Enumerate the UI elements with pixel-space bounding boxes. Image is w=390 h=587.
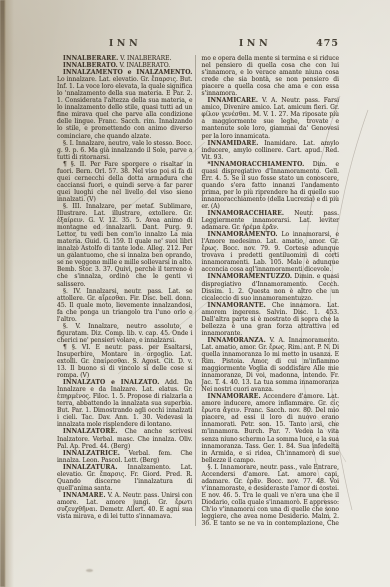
dictionary-entry: INNAMICARE. V. A. Neutr. pass. Farsi ami… — [202, 97, 340, 139]
text-block: INNALBERARE. V. INALBERARE. INNALBERATO.… — [57, 55, 339, 526]
entry-text: §. I. Innalzare, neutro, vale lo stesso.… — [57, 140, 193, 161]
dictionary-subentry: §. IV. Innalzarsi, neutr. pass. Lat. se … — [57, 288, 193, 323]
dictionary-entry: INNAMORACCHIARE. Neutr. pass. Leggiermen… — [202, 210, 340, 231]
headword: INNAMARE. — [63, 492, 106, 499]
running-head-right: INN — [199, 38, 311, 49]
entry-text: mo e opera della mente si termina e si r… — [202, 55, 340, 97]
headword: INNAMORANZA. — [208, 337, 266, 344]
entry-text: Dim. e quasi dispregiativo d'Innamoramen… — [202, 161, 340, 210]
dictionary-entry: INNALZAMENTO e INALZAMENTO. Lo innalzare… — [57, 69, 193, 139]
entry-text: §. I. Innamorare, neutr. pass., vale Ent… — [202, 464, 340, 526]
entry-text: V. INALBERATO. — [118, 62, 170, 69]
dictionary-entry: INNAMORANZA. V. A. Innamoramento. Lat. a… — [202, 337, 340, 393]
dictionary-entry: *INNAMORACCHIAMENTO. Dim. e quasi dispre… — [202, 161, 340, 210]
headword: INNAMORAMENTUZZO. — [208, 273, 293, 280]
dictionary-entry: INNALBERATO. V. INALBERATO. — [57, 62, 193, 69]
dictionary-subentry: §. I. Innalzare, neutro, vale lo stesso.… — [57, 140, 193, 161]
scanned-page: INN INN 475 INNALBERARE. V. INALBERARE. … — [0, 0, 390, 587]
headword: INNALZATRICE. — [63, 450, 120, 457]
headword: INNALZATURA. — [63, 464, 118, 471]
entry-text: V. INALBERARE. — [118, 55, 171, 62]
dictionary-entry: INNAMIDARE. Inamidare. Lat. amylo induce… — [202, 140, 340, 161]
entry-text: V. A. Innamoramento. Lat. amatio, amor. … — [202, 337, 340, 393]
running-head: INN INN 475 — [57, 38, 339, 51]
headword: INNAMICARE. — [208, 97, 259, 104]
entry-text: Lo innalzare. Lat. elevatio. Gr. ἔπαρσις… — [57, 76, 193, 139]
entry-text: ¶ §. II. Per Fare sporgere o risaltar in… — [57, 161, 193, 203]
left-column: INNALBERARE. V. INALBERARE. INNALBERATO.… — [57, 55, 193, 526]
dictionary-entry: INNALBERARE. V. INALBERARE. — [57, 55, 193, 62]
headword: INNAMIDARE. — [208, 140, 259, 147]
dictionary-subentry: §. I. Innamorare, neutr. pass., vale Ent… — [202, 464, 340, 526]
entry-text: Add. Da Innalzare e da Inalzare. Lat. el… — [57, 379, 193, 428]
dictionary-subentry: ¶ §. II. Per Fare sporgere o risaltar in… — [57, 161, 193, 203]
paper-smudge — [86, 569, 93, 572]
dictionary-entry: INNALZATRICE. Verbal. fem. Che innalza. … — [57, 450, 193, 464]
dictionary-entry: INNALZATO e INALZATO. Add. Da Innalzare … — [57, 379, 193, 428]
entry-text: Lo innamorarsi, e l'Amore medesimo. Lat.… — [202, 231, 340, 273]
entry-text: V. A. Neutr. pass. Farsi amico, Divenire… — [202, 97, 340, 139]
entry-text: §. III. Innalzare, per metaf. Sublimare,… — [57, 203, 193, 288]
headword: INNALZATORE. — [63, 428, 118, 435]
running-head-left: INN — [57, 38, 193, 49]
dictionary-entry: INNAMARE. V. A. Neutr. pass. Unirsi con … — [57, 492, 193, 520]
headword: INNAMORACCHIARE. — [208, 210, 285, 217]
dictionary-subentry: §. III. Innalzare, per metaf. Sublimare,… — [57, 203, 193, 288]
headword: INNALBERARE. — [63, 55, 118, 62]
entry-text: ¶ §. VI. E neutr. pass. per Esaltarsi, I… — [57, 344, 193, 379]
page-number: 475 — [316, 38, 339, 49]
page-edge-shadow — [4, 0, 14, 587]
entry-text: Accendere d'amore. Lat. amore inducere, … — [202, 393, 340, 463]
entry-text: §. IV. Innalzarsi, neutr. pass. Lat. se … — [57, 288, 193, 323]
headword: INNAMORANTE. — [208, 302, 266, 309]
entry-text: §. V. Innalzare, neutro assoluto, e figu… — [57, 323, 193, 344]
right-column: mo e opera della mente si termina e si r… — [195, 55, 340, 526]
dictionary-entry: INNAMORAMENTUZZO. Dimin. e quasi dispreg… — [202, 273, 340, 301]
dictionary-subentry: ¶ §. VI. E neutr. pass. per Esaltarsi, I… — [57, 344, 193, 379]
headword: *INNAMORACCHIAMENTO. — [208, 161, 305, 168]
dictionary-entry: INNAMORARE. Accendere d'amore. Lat. amor… — [202, 393, 340, 463]
dictionary-entry: INNALZATORE. Che anche scrivesi Inalzato… — [57, 428, 193, 449]
headword: INNALZATO e INALZATO. — [63, 379, 159, 386]
entry-continuation: mo e opera della mente si termina e si r… — [202, 55, 340, 97]
dictionary-entry: INNAMORAMENTO. Lo innamorarsi, e l'Amore… — [202, 231, 340, 273]
headword: INNAMORAMENTO. — [208, 231, 278, 238]
headword: INNALBERATO. — [63, 62, 118, 69]
dictionary-entry: INNALZATURA. Innalzamento. Lat. elevatio… — [57, 464, 193, 492]
dictionary-subentry: §. V. Innalzare, neutro assoluto, e figu… — [57, 323, 193, 344]
dictionary-entry: INNAMORANTE. Che innamora. Lat. amorem i… — [202, 302, 340, 337]
